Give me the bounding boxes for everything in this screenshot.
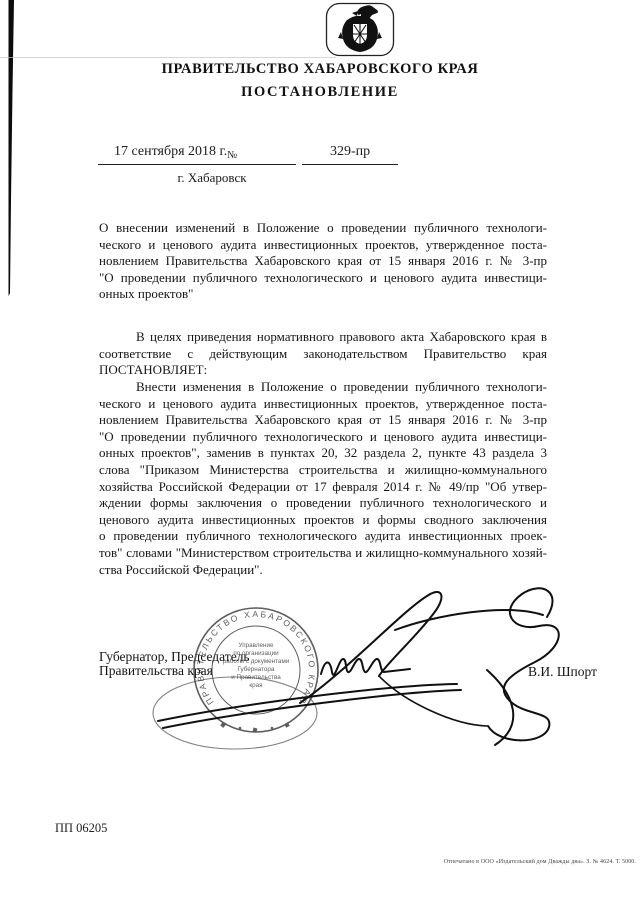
stamp-inner-line: Управление (238, 642, 274, 649)
number-sign: № (227, 150, 237, 161)
stamp-inner-line: работы с документами (223, 657, 290, 665)
text-line: ценового аудита инвестиционных проектов … (99, 512, 547, 529)
text-line: Внести изменения в Положение о проведени… (99, 379, 547, 396)
text-line: слова "Приказом Министерства строительст… (99, 462, 547, 479)
text-line: новлением Правительства Хабаровского кра… (99, 253, 547, 270)
text-line: онных проектов", заменив в пунктах 20, 3… (99, 445, 547, 462)
printer-imprint: Отпечатано в ООО «Издательский дом Дважд… (444, 859, 636, 865)
stamp-and-signature: ПРАВИТЕЛЬСТВО ХАБАРОВСКОГО КРАЯ Управлен… (95, 575, 585, 780)
text-line: онных проектов" (99, 286, 547, 303)
document-code: ПП 06205 (55, 821, 107, 836)
text-line: ПОСТАНОВЛЯЕТ: (99, 362, 547, 379)
text-line: В целях приведения нормативного правовог… (99, 329, 547, 346)
org-title: ПРАВИТЕЛЬСТВО ХАБАРОВСКОГО КРАЯ (0, 61, 640, 78)
text-line: "О проведении публичного технологическог… (99, 429, 547, 446)
text-line: ческого и ценового аудита инвестиционных… (99, 237, 547, 254)
dateline: 17 сентября 2018 г.№ 329-пр (98, 142, 398, 165)
date-value: 17 сентября 2018 г. (114, 144, 227, 159)
stamp-inner-line: края (249, 682, 262, 689)
text-line: ческого и ценового аудита инвестиционных… (99, 396, 547, 413)
stamp-ellipse-artifact (153, 677, 317, 749)
text-line: соответствие с действующим законодательс… (99, 346, 547, 363)
text-line: о проведении публичного технологического… (99, 528, 547, 545)
khabarovsk-krai-coat-of-arms-bear (325, 2, 395, 57)
handwritten-signature (158, 588, 559, 745)
scan-line-artifact (0, 57, 336, 58)
doc-type-title: ПОСТАНОВЛЕНИЕ (0, 84, 640, 101)
body-paragraph-2: Внести изменения в Положение о проведени… (99, 379, 547, 578)
scanned-document-page: ПРАВИТЕЛЬСТВО ХАБАРОВСКОГО КРАЯ ПОСТАНОВ… (0, 0, 640, 900)
text-line: "О проведении публичного технологическог… (99, 270, 547, 287)
round-stamp: ПРАВИТЕЛЬСТВО ХАБАРОВСКОГО КРАЯ Управлен… (194, 608, 318, 732)
scan-edge-artifact (0, 0, 20, 300)
stamp-inner-line: Губернатора (238, 665, 275, 673)
date-field: 17 сентября 2018 г.№ (98, 142, 296, 165)
subject-paragraph: О внесении изменений в Положение о прове… (99, 220, 547, 303)
text-line: ждении формы заключения о проведении пуб… (99, 495, 547, 512)
stamp-inner-line: по организации (233, 650, 279, 657)
text-line: О внесении изменений в Положение о прове… (99, 220, 547, 237)
text-line: тов" словами "Министерством строительств… (99, 545, 547, 562)
document-number: 329-пр (302, 142, 398, 165)
body-paragraph-1: В целях приведения нормативного правовог… (99, 329, 547, 379)
text-line: новлением Правительства Хабаровского кра… (99, 412, 547, 429)
text-line: хозяйства Российской Федерации от 17 фев… (99, 479, 547, 496)
city-label: г. Хабаровск (132, 170, 292, 186)
